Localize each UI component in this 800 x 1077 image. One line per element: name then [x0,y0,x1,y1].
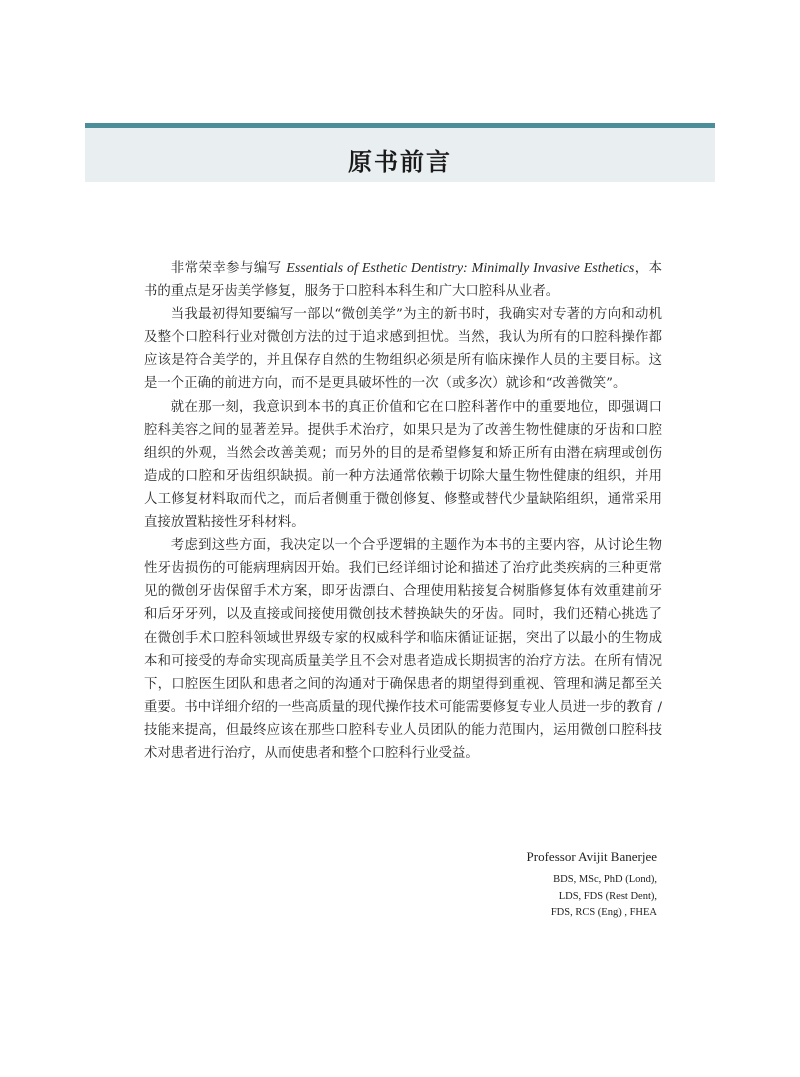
paragraph-3: 就在那一刻，我意识到本书的真正价值和它在口腔科著作中的重要地位，即强调口腔科美容… [144,396,662,535]
preface-body: 非常荣幸参与编写 Essentials of Esthetic Dentistr… [144,257,662,765]
paragraph-1: 非常荣幸参与编写 Essentials of Esthetic Dentistr… [144,257,662,303]
author-signature: Professor Avijit Banerjee BDS, MSc, PhD … [527,847,657,922]
paragraph-2: 当我最初得知要编写一部以“微创美学”为主的新书时，我确实对专著的方向和动机及整个… [144,303,662,395]
book-title: Essentials of Esthetic Dentistry: Minima… [286,261,634,276]
author-credentials-line-2: LDS, FDS (Rest Dent), [527,889,657,906]
paragraph-1-prefix: 非常荣幸参与编写 [171,261,287,276]
author-name: Professor Avijit Banerjee [527,847,657,867]
author-credentials-line-1: BDS, MSc, PhD (Lond), [527,872,657,889]
page-title: 原书前言 [85,142,715,177]
chapter-header-band: 原书前言 [85,123,715,182]
paragraph-4: 考虑到这些方面，我决定以一个合乎逻辑的主题作为本书的主要内容，从讨论生物性牙齿损… [144,534,662,765]
header-rule [85,123,715,128]
author-credentials-line-3: FDS, RCS (Eng) , FHEA [527,905,657,922]
